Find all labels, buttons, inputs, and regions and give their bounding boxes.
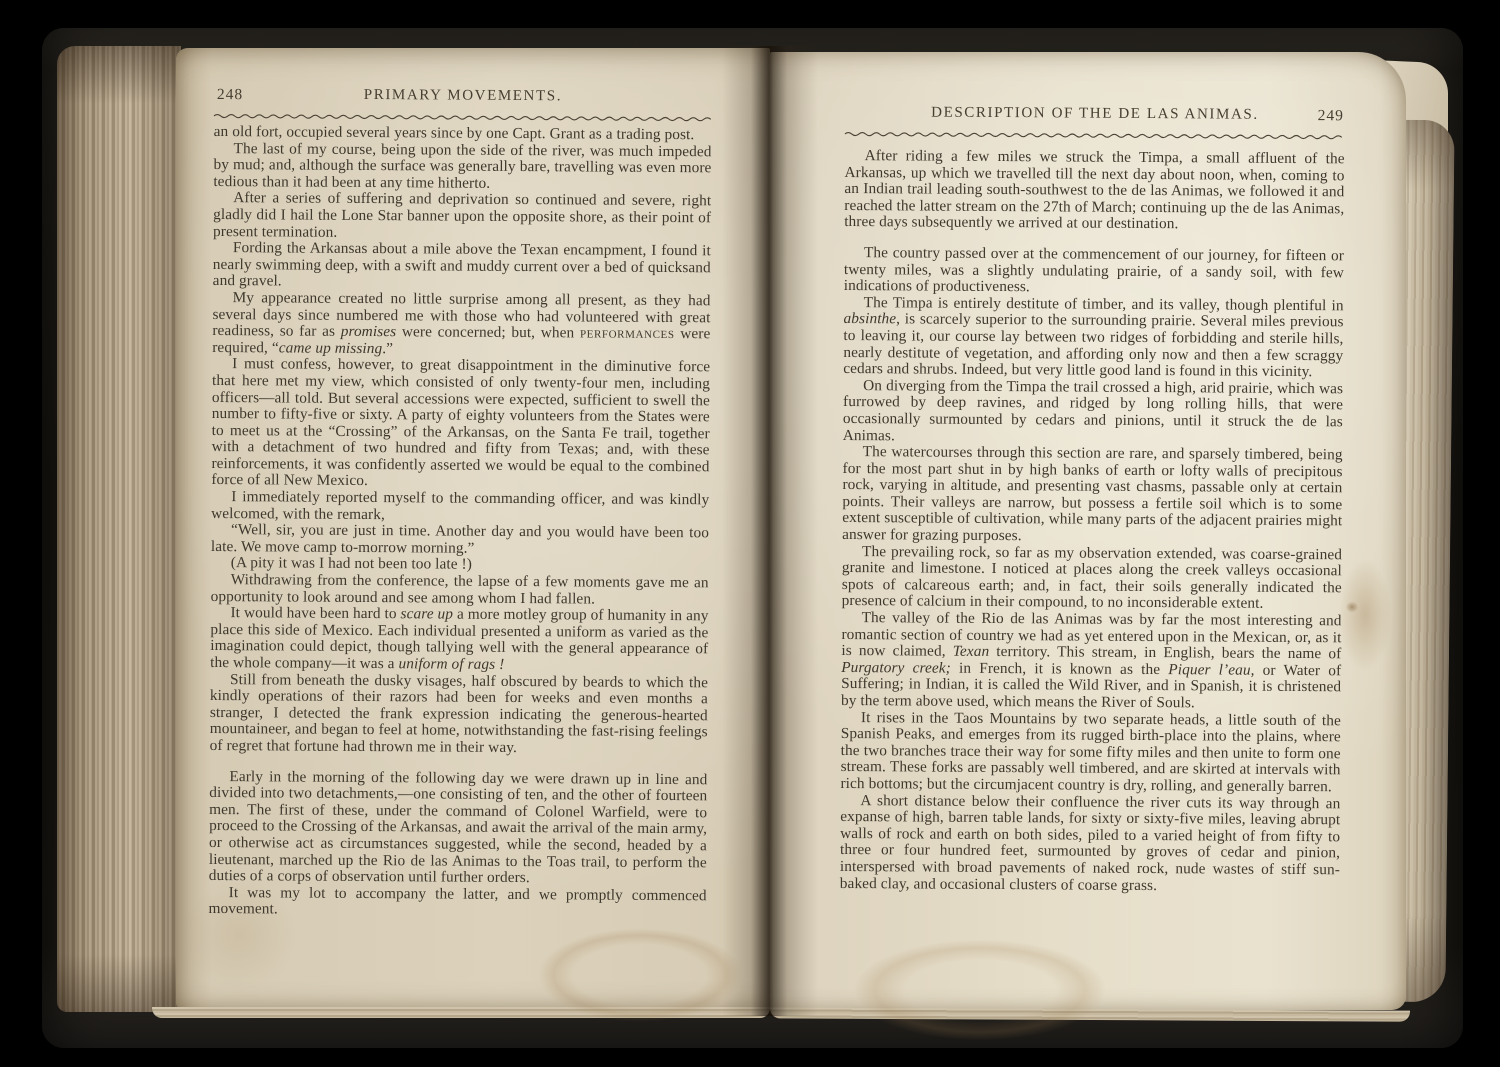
paragraph: After riding a few miles we struck the T… bbox=[844, 148, 1345, 234]
paragraph: The valley of the Rio de las Animas was … bbox=[841, 610, 1342, 713]
italic-run: uniform of rags ! bbox=[398, 655, 504, 673]
paragraph: Withdrawing from the conference, the lap… bbox=[211, 572, 709, 608]
paragraph: Still from beneath the dusky visages, ha… bbox=[210, 672, 709, 758]
paragraph: The country passed over at the commencem… bbox=[844, 245, 1344, 298]
italic-run: scare up bbox=[401, 605, 454, 622]
left-fanned-page-edges bbox=[57, 46, 181, 1012]
paragraph: The last of my course, being upon the si… bbox=[213, 141, 711, 194]
paragraph: The watercourses through this section ar… bbox=[842, 444, 1343, 547]
running-head: DESCRIPTION OF THE DE LAS ANIMAS. bbox=[845, 104, 1345, 124]
paragraph: After a series of suffering and deprivat… bbox=[213, 190, 711, 243]
left-page-content: 248 PRIMARY MOVEMENTS. an old fort, occu… bbox=[208, 86, 712, 921]
italic-run: Texan bbox=[953, 643, 990, 660]
paragraph: A short distance below their confluence … bbox=[840, 793, 1341, 896]
right-page-content: DESCRIPTION OF THE DE LAS ANIMAS. 249 Af… bbox=[840, 104, 1345, 895]
wavy-rule bbox=[845, 131, 1345, 140]
paragraph: I immediately reported myself to the com… bbox=[211, 489, 709, 525]
left-page-bottom-edge bbox=[152, 1007, 770, 1018]
italic-run: Piquer l’eau bbox=[1168, 661, 1250, 679]
paragraph: It rises in the Taos Mountains by two se… bbox=[840, 710, 1341, 796]
running-head: PRIMARY MOVEMENTS. bbox=[214, 86, 712, 106]
paragraph: On diverging from the Timpa the trail cr… bbox=[843, 378, 1343, 448]
italic-run: came up missing bbox=[279, 339, 383, 357]
italic-run: absinthe bbox=[844, 310, 897, 327]
photo-background: { "book": { "left_page": { "page_number"… bbox=[0, 0, 1500, 1067]
italic-run: Purgatory creek; bbox=[841, 659, 951, 677]
paragraph: The prevailing rock, so far as my observ… bbox=[842, 544, 1342, 614]
left-running-head-row: 248 PRIMARY MOVEMENTS. bbox=[214, 86, 712, 109]
smallcaps-run: performances bbox=[580, 325, 675, 343]
paragraph: It was my lot to accompany the latter, a… bbox=[208, 885, 706, 921]
right-running-head-row: DESCRIPTION OF THE DE LAS ANIMAS. 249 bbox=[845, 104, 1345, 127]
left-page-body: an old fort, occupied several years sinc… bbox=[208, 124, 711, 921]
paragraph: My appearance created no little surprise… bbox=[212, 290, 710, 360]
paragraph: I must confess, however, to great disapp… bbox=[211, 356, 710, 492]
wavy-rule bbox=[214, 113, 712, 122]
right-page-body: After riding a few miles we struck the T… bbox=[840, 148, 1345, 895]
paragraph: It would have been hard to scare up a mo… bbox=[210, 605, 708, 675]
paragraph: Early in the morning of the following da… bbox=[209, 769, 708, 888]
paragraph: Fording the Arkansas about a mile above … bbox=[213, 240, 711, 293]
paragraph: “Well, sir, you are just in time. Anothe… bbox=[211, 522, 709, 558]
page-number: 249 bbox=[1318, 107, 1344, 125]
italic-run: promises bbox=[341, 323, 397, 340]
paragraph: The Timpa is entirely destitute of timbe… bbox=[843, 295, 1344, 381]
